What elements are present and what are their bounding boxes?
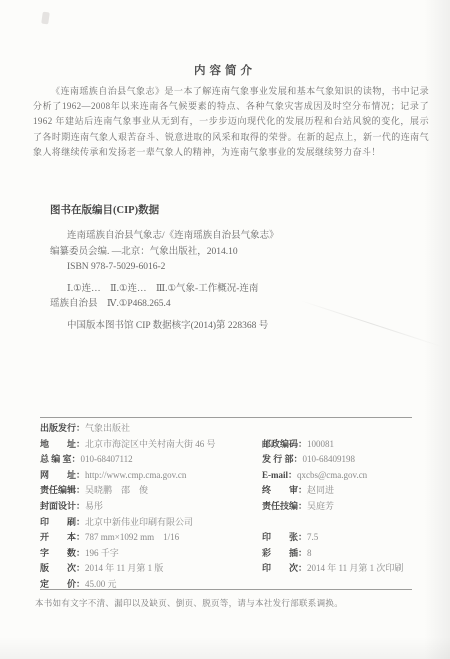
pub-value: 2014 年 11 月第 1 版 (85, 563, 163, 573)
cip-class-line-2: 瑶族自治县 Ⅳ.①P468.265.4 (50, 297, 410, 313)
cip-heading: 图书在版编目(CIP)数据 (50, 202, 410, 217)
pub-row-edition: 版 次：2014 年 11 月第 1 版 印 次：2014 年 11 月第 1 … (40, 561, 426, 577)
pub-cell: 地 址：北京市海淀区中关村南大街 46 号 (40, 437, 262, 453)
pub-row-design: 封面设计：易彤 责任技编：吴庭芳 (40, 499, 426, 515)
pub-value: 2014 年 11 月第 1 次印刷 (307, 563, 403, 573)
pub-row-address: 地 址：北京市海淀区中关村南大街 46 号 邮政编码：100081 (40, 437, 426, 453)
pub-value: 北京中新伟业印刷有限公司 (85, 517, 193, 527)
pub-value: 45.00 元 (85, 579, 117, 589)
pub-label: 终 审： (262, 485, 307, 495)
scan-smudge (41, 12, 50, 25)
pub-label: 发 行 部： (262, 454, 303, 464)
errata-note: 本书如有文字不清、漏印以及缺页、倒页、脱页等，请与本社发行部联系调换。 (35, 597, 420, 609)
pub-value: 100081 (307, 439, 334, 449)
pub-cell: 邮政编码：100081 (262, 437, 426, 453)
pub-cell: 封面设计：易彤 (40, 499, 262, 515)
divider-bottom (40, 589, 412, 590)
pub-cell: E-mail：qxcbs@cma.gov.cn (262, 468, 426, 484)
pub-cell: 责任编辑：吴晓鹏 邵 俊 (40, 483, 262, 499)
pub-value: 北京市海淀区中关村南大街 46 号 (85, 439, 216, 449)
pub-row-printer: 印 刷：北京中新伟业印刷有限公司 (40, 515, 426, 531)
cip-class-line-1: Ⅰ.①连… Ⅱ.①连… Ⅲ.①气象-工作概况-连南 (50, 282, 410, 298)
pub-label: 印 刷： (40, 517, 85, 527)
pub-value: 8 (307, 548, 312, 558)
pub-cell: 字 数：196 千字 (40, 546, 262, 562)
pub-value: 787 mm×1092 mm 1/16 (85, 532, 179, 542)
pub-row-format: 开 本：787 mm×1092 mm 1/16 印 张：7.5 (40, 530, 426, 546)
pub-value: 196 千字 (85, 548, 119, 558)
pub-label: 责任编辑： (40, 485, 85, 495)
pub-row-wordcount: 字 数：196 千字 彩 插：8 (40, 546, 426, 562)
pub-row-phones: 总 编 室：010-68407112 发 行 部：010-68409198 (40, 452, 426, 468)
pub-label: 印 次： (262, 563, 307, 573)
cip-isbn-line: ISBN 978-7-5029-6016-2 (50, 260, 410, 276)
pub-row-editors: 责任编辑：吴晓鹏 邵 俊 终 审：赵同进 (40, 483, 426, 499)
cip-publisher-line: 编纂委员会编. —北京：气象出版社，2014.10 (50, 245, 410, 261)
cip-title-line: 连南瑶族自治县气象志/《连南瑶族自治县气象志》 (50, 229, 410, 245)
pub-label: 邮政编码： (262, 439, 307, 449)
pub-cell: 定 价：45.00 元 (40, 577, 262, 593)
pub-value: 7.5 (307, 532, 318, 542)
pub-label: 定 价： (40, 579, 85, 589)
pub-value: qxcbs@cma.gov.cn (297, 470, 367, 480)
pub-label: 总 编 室： (40, 454, 81, 464)
pub-cell: 印 张：7.5 (262, 530, 426, 546)
divider-top (40, 417, 412, 418)
pub-value: 气象出版社 (85, 423, 130, 433)
pub-value: 吴晓鹏 邵 俊 (85, 485, 148, 495)
intro-paragraph: 《连南瑶族自治县气象志》是一本了解连南气象事业发展和基本气象知识的读物，书中记录… (33, 84, 429, 160)
publication-info: 出版发行：气象出版社 地 址：北京市海淀区中关村南大街 46 号 邮政编码：10… (40, 421, 426, 593)
pub-cell: 版 次：2014 年 11 月第 1 版 (40, 561, 262, 577)
pub-label: E-mail： (262, 470, 297, 480)
intro-title: 内容简介 (0, 62, 450, 78)
pub-value: 吴庭芳 (307, 501, 334, 511)
pub-value: http://www.cmp.cma.gov.cn (85, 470, 186, 480)
pub-label: 版 次： (40, 563, 85, 573)
pub-label: 责任技编： (262, 501, 307, 511)
pub-cell: 出版发行：气象出版社 (40, 421, 262, 437)
pub-label: 彩 插： (262, 548, 307, 558)
pub-label: 开 本： (40, 532, 85, 542)
pub-row-web: 网 址：http://www.cmp.cma.gov.cn E-mail：qxc… (40, 468, 426, 484)
pub-cell: 责任技编：吴庭芳 (262, 499, 426, 515)
cip-block: 图书在版编目(CIP)数据 连南瑶族自治县气象志/《连南瑶族自治县气象志》 编纂… (50, 202, 410, 335)
book-copyright-page: 内容简介 《连南瑶族自治县气象志》是一本了解连南气象事业发展和基本气象知识的读物… (0, 0, 450, 659)
pub-cell: 印 刷：北京中新伟业印刷有限公司 (40, 515, 262, 531)
pub-label: 封面设计： (40, 501, 85, 511)
pub-cell: 开 本：787 mm×1092 mm 1/16 (40, 530, 262, 546)
pub-cell: 印 次：2014 年 11 月第 1 次印刷 (262, 561, 426, 577)
pub-label: 出版发行： (40, 423, 85, 433)
pub-row-price: 定 价：45.00 元 (40, 577, 426, 593)
pub-cell: 网 址：http://www.cmp.cma.gov.cn (40, 468, 262, 484)
pub-value: 赵同进 (307, 485, 334, 495)
pub-label: 印 张： (262, 532, 307, 542)
pub-value: 010-68407112 (81, 454, 133, 464)
pub-label: 地 址： (40, 439, 85, 449)
pub-row-publisher: 出版发行：气象出版社 (40, 421, 426, 437)
cip-record-line: 中国版本图书馆 CIP 数据核字(2014)第 228368 号 (50, 319, 410, 335)
pub-label: 字 数： (40, 548, 85, 558)
pub-value: 010-68409198 (303, 454, 356, 464)
pub-cell: 总 编 室：010-68407112 (40, 452, 262, 468)
pub-label: 网 址： (40, 470, 85, 480)
pub-cell: 彩 插：8 (262, 546, 426, 562)
pub-cell: 终 审：赵同进 (262, 483, 426, 499)
pub-value: 易彤 (85, 501, 103, 511)
pub-cell: 发 行 部：010-68409198 (262, 452, 426, 468)
